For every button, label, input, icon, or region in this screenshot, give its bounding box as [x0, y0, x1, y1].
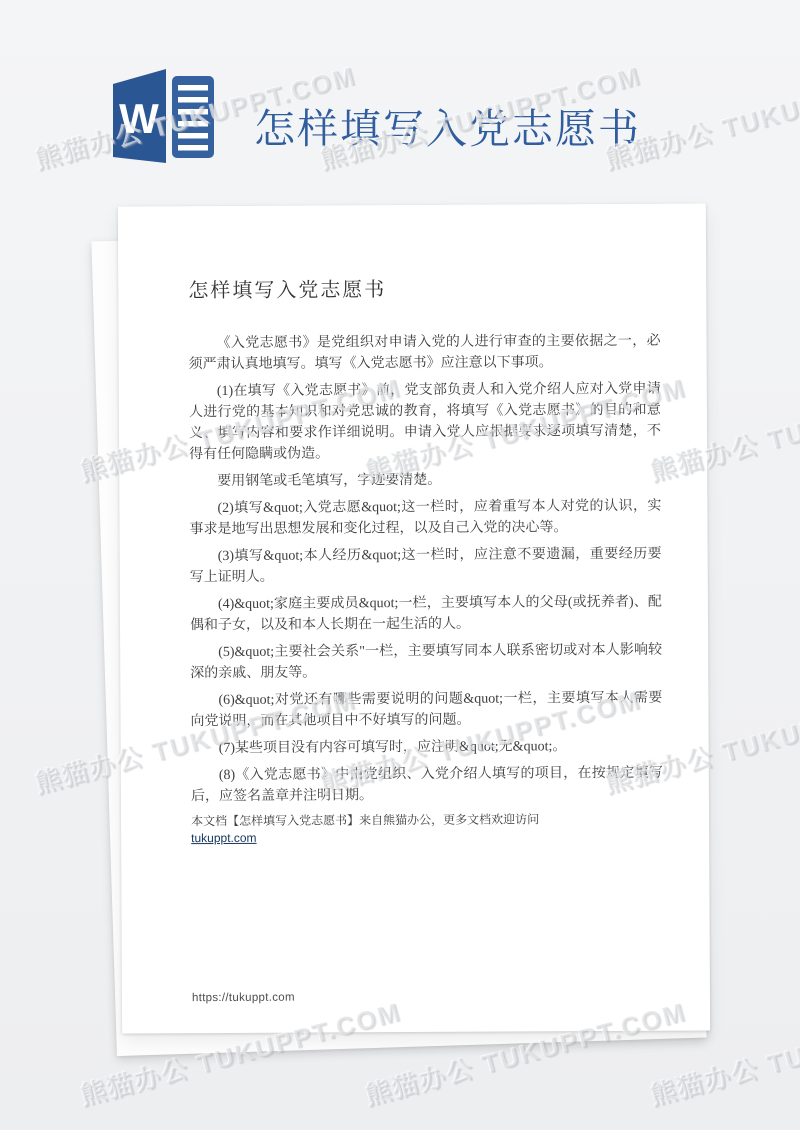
page-url: https://tukuppt.com [192, 992, 295, 1005]
doc-paragraph: (2)填写&quot;入党志愿&quot;这一栏时，应着重写本人对党的认识，实事… [189, 496, 661, 540]
doc-paragraph: (1)在填写《入党志愿书》前，党支部负责人和入党介绍人应对入党申请人进行党的基本… [189, 379, 661, 465]
page-title: 怎样填写入党志愿书 [254, 96, 641, 155]
doc-paragraph: (7)某些项目没有内容可填写时，应注明&quot;无&quot;。 [191, 736, 663, 759]
document-page: 怎样填写入党志愿书 《入党志愿书》是党组织对申请入党的人进行审查的主要依据之一，… [118, 203, 710, 1033]
doc-paragraph: 要用钢笔或毛笔填写，字迹要清楚。 [189, 469, 661, 492]
footer-link[interactable]: tukuppt.com [191, 831, 256, 845]
doc-paragraph: (3)填写&quot;本人经历&quot;这一栏时，应注意不要遗漏，重要经历要写… [190, 544, 662, 588]
document-title: 怎样填写入党志愿书 [188, 277, 660, 303]
doc-paragraph: (4)&quot;家庭主要成员&quot;一栏，主要填写本人的父母(或抚养者)、… [190, 592, 662, 636]
svg-text:W: W [119, 95, 159, 142]
doc-paragraph: (6)&quot;对党还有哪些需要说明的问题&quot;一栏，主要填写本人需要向… [190, 688, 662, 732]
doc-paragraph: (8)《入党志愿书》中由党组织、入党介绍人填写的项目，在按规定填写后，应签名盖章… [191, 763, 663, 807]
doc-paragraph: 《入党志愿书》是党组织对申请入党的人进行审查的主要依据之一，必须严肃认真地填写。… [189, 331, 661, 375]
document-body: 《入党志愿书》是党组织对申请入党的人进行审查的主要依据之一，必须严肃认真地填写。… [189, 331, 663, 807]
document-footer: 本文档【怎样填写入党志愿书】来自熊猫办公，更多文档欢迎访问 tukuppt.co… [191, 811, 663, 847]
word-icon: W [110, 62, 216, 168]
header: W 怎样填写入党志愿书 [0, 0, 800, 190]
footer-note: 本文档【怎样填写入党志愿书】来自熊猫办公，更多文档欢迎访问 [191, 811, 663, 829]
doc-paragraph: (5)&quot;主要社会关系"一栏，主要填写同本人联系密切或对本人影响较深的亲… [190, 640, 662, 684]
